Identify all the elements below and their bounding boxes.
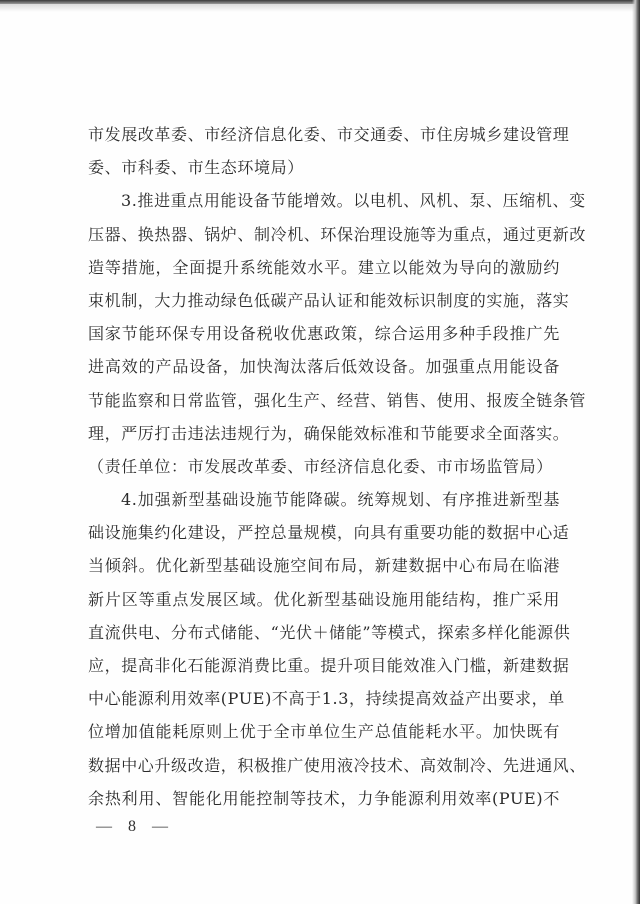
text-line: 束机制，大力推动绿色低碳产品认证和能效标识制度的实施，落实 (88, 284, 560, 317)
item-heading-line: 3.推进重点用能设备节能增效。以电机、风机、泵、压缩机、变 (88, 184, 560, 217)
text-line: 压器、换热器、锅炉、制冷机、环保治理设施等为重点，通过更新改 (88, 218, 560, 251)
page-number: — 8 — (96, 818, 174, 836)
text-line: 市发展改革委、市经济信息化委、市交通委、市住房城乡建设管理 (88, 118, 560, 151)
text-line: 新片区等重点发展区域。优化新型基础设施用能结构，推广采用 (88, 583, 560, 616)
text-line: 进高效的产品设备，加快淘汰落后低效设备。加强重点用能设备 (88, 350, 560, 383)
scan-right-edge (632, 0, 640, 904)
text-line: 当倾斜。优化新型基础设施空间布局，新建数据中心布局在临港 (88, 549, 560, 582)
text-line: 数据中心升级改造，积极推广使用液冷技术、高效制冷、先进通风、 (88, 749, 560, 782)
text-line: 委、市科委、市生态环境局） (88, 151, 560, 184)
item-heading-line: 4.加强新型基础设施节能降碳。统筹规划、有序推进新型基 (88, 483, 560, 516)
text-line: 位增加值能耗原则上优于全市单位生产总值能耗水平。加快既有 (88, 715, 560, 748)
scan-top-shadow (0, 4, 640, 12)
document-page: 市发展改革委、市经济信息化委、市交通委、市住房城乡建设管理 委、市科委、市生态环… (0, 0, 640, 904)
text-line: 中心能源利用效率(PUE)不高于1.3，持续提高效益产出要求，单 (88, 682, 560, 715)
text-line: 余热利用、智能化用能控制等技术，力争能源利用效率(PUE)不 (88, 782, 560, 815)
paragraph-item-3: 3.推进重点用能设备节能增效。以电机、风机、泵、压缩机、变 压器、换热器、锅炉、… (88, 184, 560, 483)
text-line: 理，严厉打击违法违规行为，确保能效标准和节能要求全面落实。 (88, 417, 560, 450)
responsibility-line: （责任单位：市发展改革委、市经济信息化委、市市场监管局） (88, 450, 560, 483)
text-line: 节能监察和日常监管，强化生产、经营、销售、使用、报废全链条管 (88, 384, 560, 417)
text-line: 直流供电、分布式储能、“光伏＋储能”等模式，探索多样化能源供 (88, 616, 560, 649)
text-line: 础设施集约化建设，严控总量规模，向具有重要功能的数据中心适 (88, 516, 560, 549)
text-line: 应，提高非化石能源消费比重。提升项目能效准入门槛，新建数据 (88, 649, 560, 682)
text-line: 国家节能环保专用设备税收优惠政策，综合运用多种手段推广先 (88, 317, 560, 350)
paragraph-item-4: 4.加强新型基础设施节能降碳。统筹规划、有序推进新型基 础设施集约化建设，严控总… (88, 483, 560, 815)
document-body: 市发展改革委、市经济信息化委、市交通委、市住房城乡建设管理 委、市科委、市生态环… (88, 118, 560, 815)
text-line: 造等措施，全面提升系统能效水平。建立以能效为导向的激励约 (88, 251, 560, 284)
paragraph-continued-responsibility: 市发展改革委、市经济信息化委、市交通委、市住房城乡建设管理 委、市科委、市生态环… (88, 118, 560, 184)
